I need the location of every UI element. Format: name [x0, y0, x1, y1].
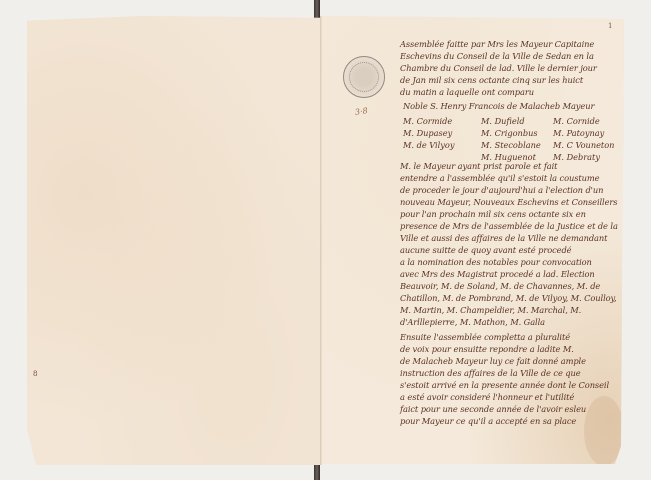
- text-line: s'estoit arrivé en la presente année don…: [400, 381, 609, 389]
- attendee-name: M. C Vouneton: [553, 140, 614, 150]
- left-page: 8: [27, 16, 322, 465]
- text-line: Chambre du Conseil de lad. Ville le dern…: [400, 64, 597, 72]
- text-line: de voix pour ensuitte repondre a ladite …: [400, 345, 574, 353]
- left-page-mark: 8: [33, 370, 37, 378]
- text-line: pour l'an prochain mil six cens octante …: [400, 210, 586, 218]
- text-line: de Malacheb Mayeur luy ce fait donné amp…: [400, 357, 586, 365]
- seal-stamp-icon: [343, 56, 385, 98]
- text-line: faict pour une seconde année de l'avoir …: [400, 405, 586, 413]
- water-stain: [584, 396, 624, 466]
- text-line: du matin a laquelle ont comparu: [400, 88, 534, 96]
- text-line: nouveau Mayeur, Nouveaux Eschevins et Co…: [400, 198, 617, 206]
- text-line: Ville et aussi des affaires de la Ville …: [400, 234, 607, 242]
- page-fold: [320, 16, 322, 465]
- attendees-heading: Noble S. Henry Francois de Malacheb Maye…: [403, 102, 594, 110]
- margin-note: 3·8: [354, 106, 368, 117]
- text-line: pour Mayeur ce qu'il a accepté en sa pla…: [400, 417, 576, 425]
- text-line: a esté avoir consideré l'honneur et l'ut…: [400, 393, 574, 401]
- text-line: avec Mrs des Magistrat procedé a lad. El…: [400, 270, 595, 278]
- text-line: d'Arlllepierre, M. Mathon, M. Galla: [400, 318, 545, 326]
- attendee-name: M. Dufield: [481, 116, 525, 126]
- attendee-name: M. Cormide: [403, 116, 452, 126]
- binding-spine-bottom: [314, 463, 320, 480]
- folio-mark: 1: [608, 22, 612, 30]
- attendee-name: M. Cornide: [553, 116, 600, 126]
- text-line: Eschevins du Conseil de la Ville de Seda…: [400, 52, 594, 60]
- text-line: a la nomination des notables pour convoc…: [400, 258, 592, 266]
- text-line: Beauvoir, M. de Soland, M. de Chavannes,…: [400, 282, 600, 290]
- text-line: Assemblée faitte par Mrs les Mayeur Capi…: [400, 40, 594, 48]
- attendee-name: M. Crigonbus: [481, 128, 538, 138]
- attendee-name: M. Dupasey: [403, 128, 452, 138]
- text-line: Ensuite l'assemblée completta a pluralit…: [400, 333, 570, 341]
- text-line: de proceder le jour d'aujourd'hui a l'el…: [400, 186, 603, 194]
- attendee-name: M. Debraty: [553, 152, 600, 162]
- text-line: de Jan mil six cens octante cinq sur les…: [400, 76, 583, 84]
- text-line: instruction des affaires de la Ville de …: [400, 369, 581, 377]
- text-line: aucune suitte de quoy avant esté procedé: [400, 246, 571, 254]
- text-line: entendre a l'assemblée qu'il s'estoit la…: [400, 174, 599, 182]
- text-line: M. Martin, M. Champeldier, M. Marchal, M…: [400, 306, 581, 314]
- text-line: Chatillon, M. de Pombrand, M. de Vilyoy,…: [400, 294, 617, 302]
- attendee-name: M. de Vilyoy: [403, 140, 454, 150]
- text-line: presence de Mrs de l'assemblée de la Jus…: [400, 222, 618, 230]
- attendee-name: M. Patoynay: [553, 128, 604, 138]
- attendee-name: M. Stecoblane: [481, 140, 541, 150]
- text-line: M. le Mayeur ayant prist parole et fait: [400, 162, 557, 170]
